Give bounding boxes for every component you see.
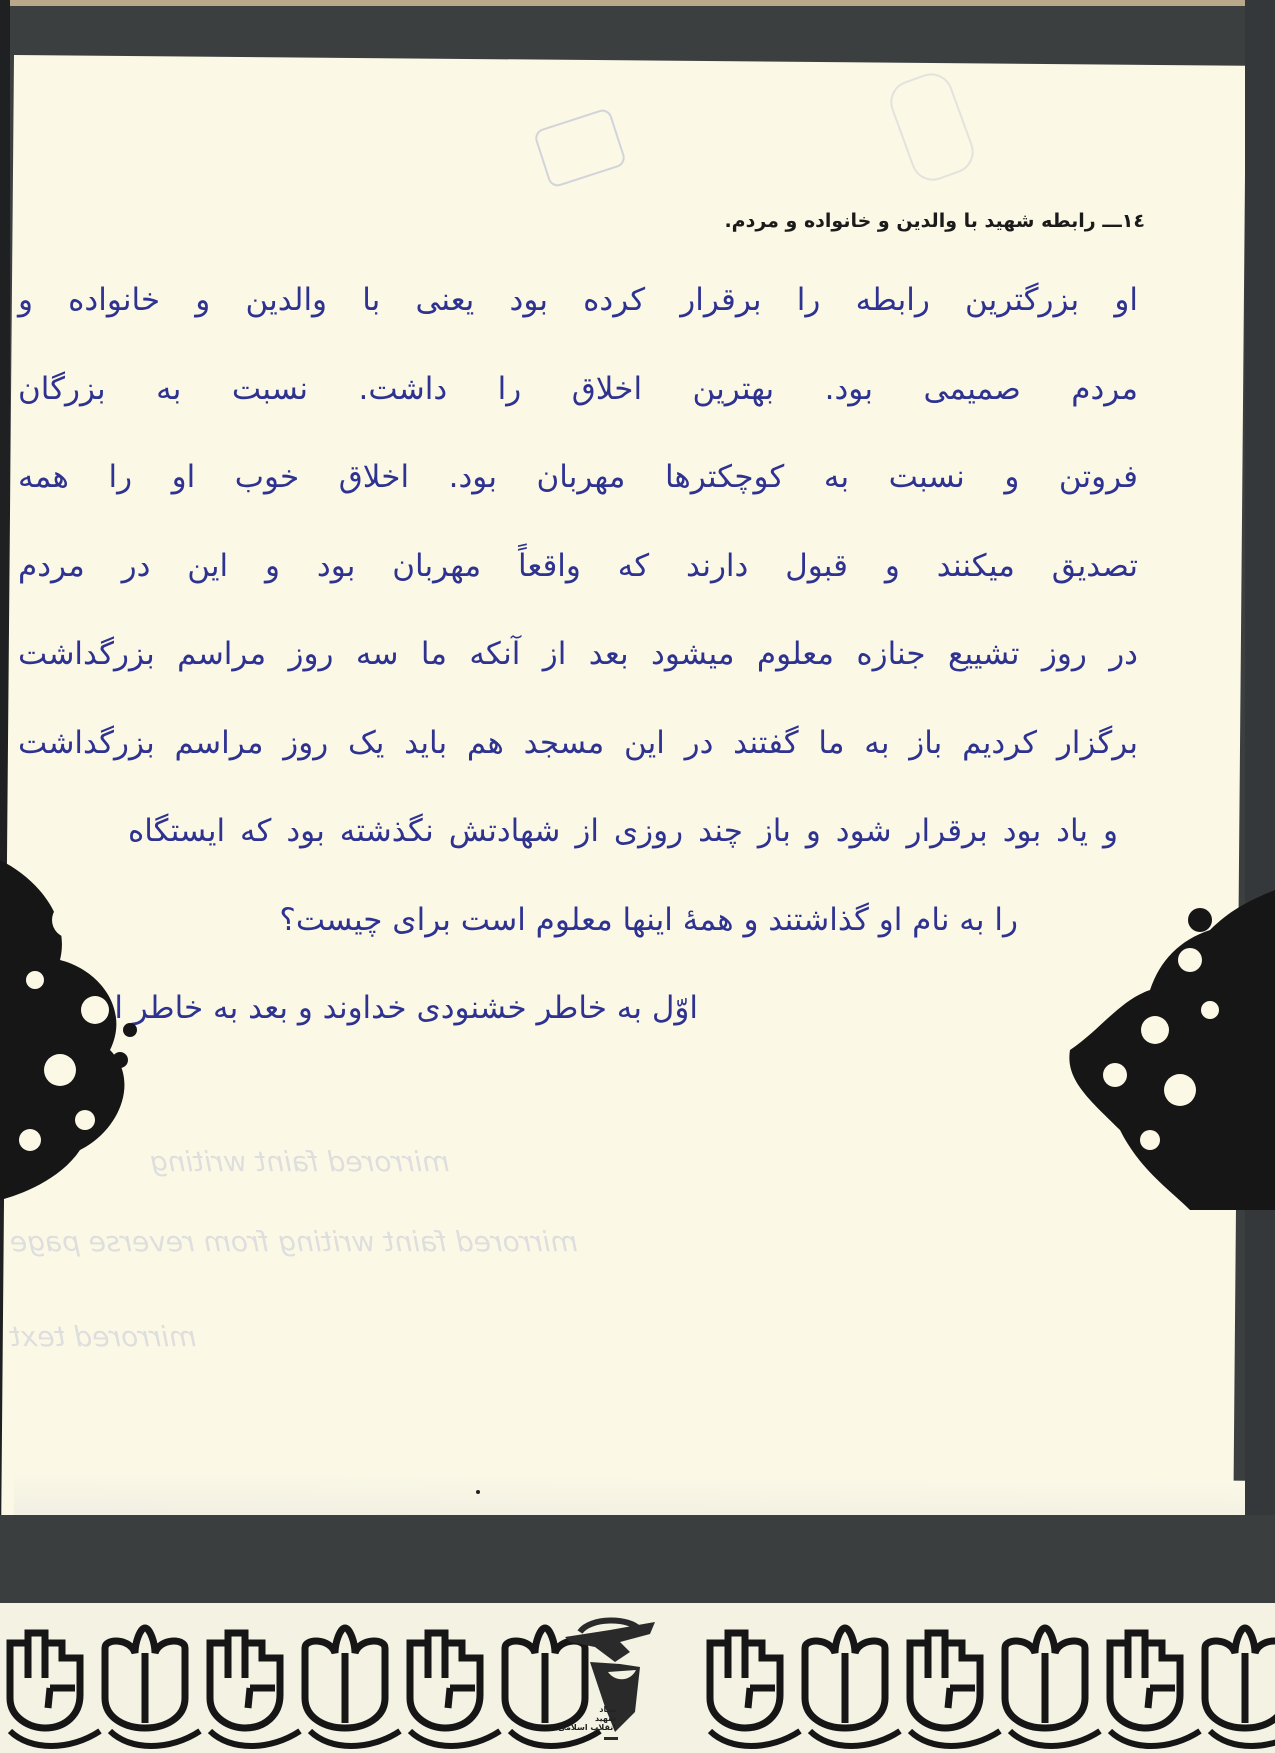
handwritten-line: در روز تشییع جنازه معلوم میشود بعد از آن… [18,624,1138,713]
frame-bottom [0,1515,1275,1610]
bleed-through-text: mirrored faint writing from reverse page [10,1225,578,1258]
handwritten-line: برگزار کردیم باز به ما گفتند در این مسجد… [18,713,1138,802]
handwritten-line: را به نام او گذاشتند و همهٔ اینها معلوم … [18,890,1138,979]
logo-caption-line: شهید [556,1714,616,1723]
frame-right [1245,0,1275,1610]
handwritten-line: مردم صمیمی بود. بهترین اخلاق را داشت. نس… [18,359,1138,448]
bleed-through-text: mirrored faint writing [150,1145,450,1178]
bleed-through-text: mirrored text [10,1320,196,1353]
logo-caption-line: انقلاب اسلامی [556,1723,616,1732]
handwritten-line: اوّل به خاطر خشنودی خداوند و بعد به خاطر… [18,978,1138,1067]
handwritten-line: او بزرگترین رابطه را برقرار کرده بود یعن… [18,270,1138,359]
scan-top-edge [0,0,1275,6]
logo-caption-line: بنیاد [556,1705,616,1714]
logo-caption: بنیاد شهید انقلاب اسلامی [556,1705,616,1732]
floral-ornament-right-icon [1060,890,1275,1210]
handwritten-line: تصدیق میکنند و قبول دارند که واقعاً مهرب… [18,536,1138,625]
ink-speck [476,1490,480,1494]
handwritten-body: او بزرگترین رابطه را برقرار کرده بود یعن… [18,270,1138,1067]
section-heading: ١٤ـــ رابطه شهید با والدین و خانواده و م… [724,210,1145,232]
floral-ornament-left-icon [0,860,150,1200]
handwritten-line: فروتن و نسبت به کوچکترها مهربان بود. اخل… [18,447,1138,536]
handwritten-line: و یاد بود برقرار شود و باز چند روزی از ش… [18,801,1138,890]
